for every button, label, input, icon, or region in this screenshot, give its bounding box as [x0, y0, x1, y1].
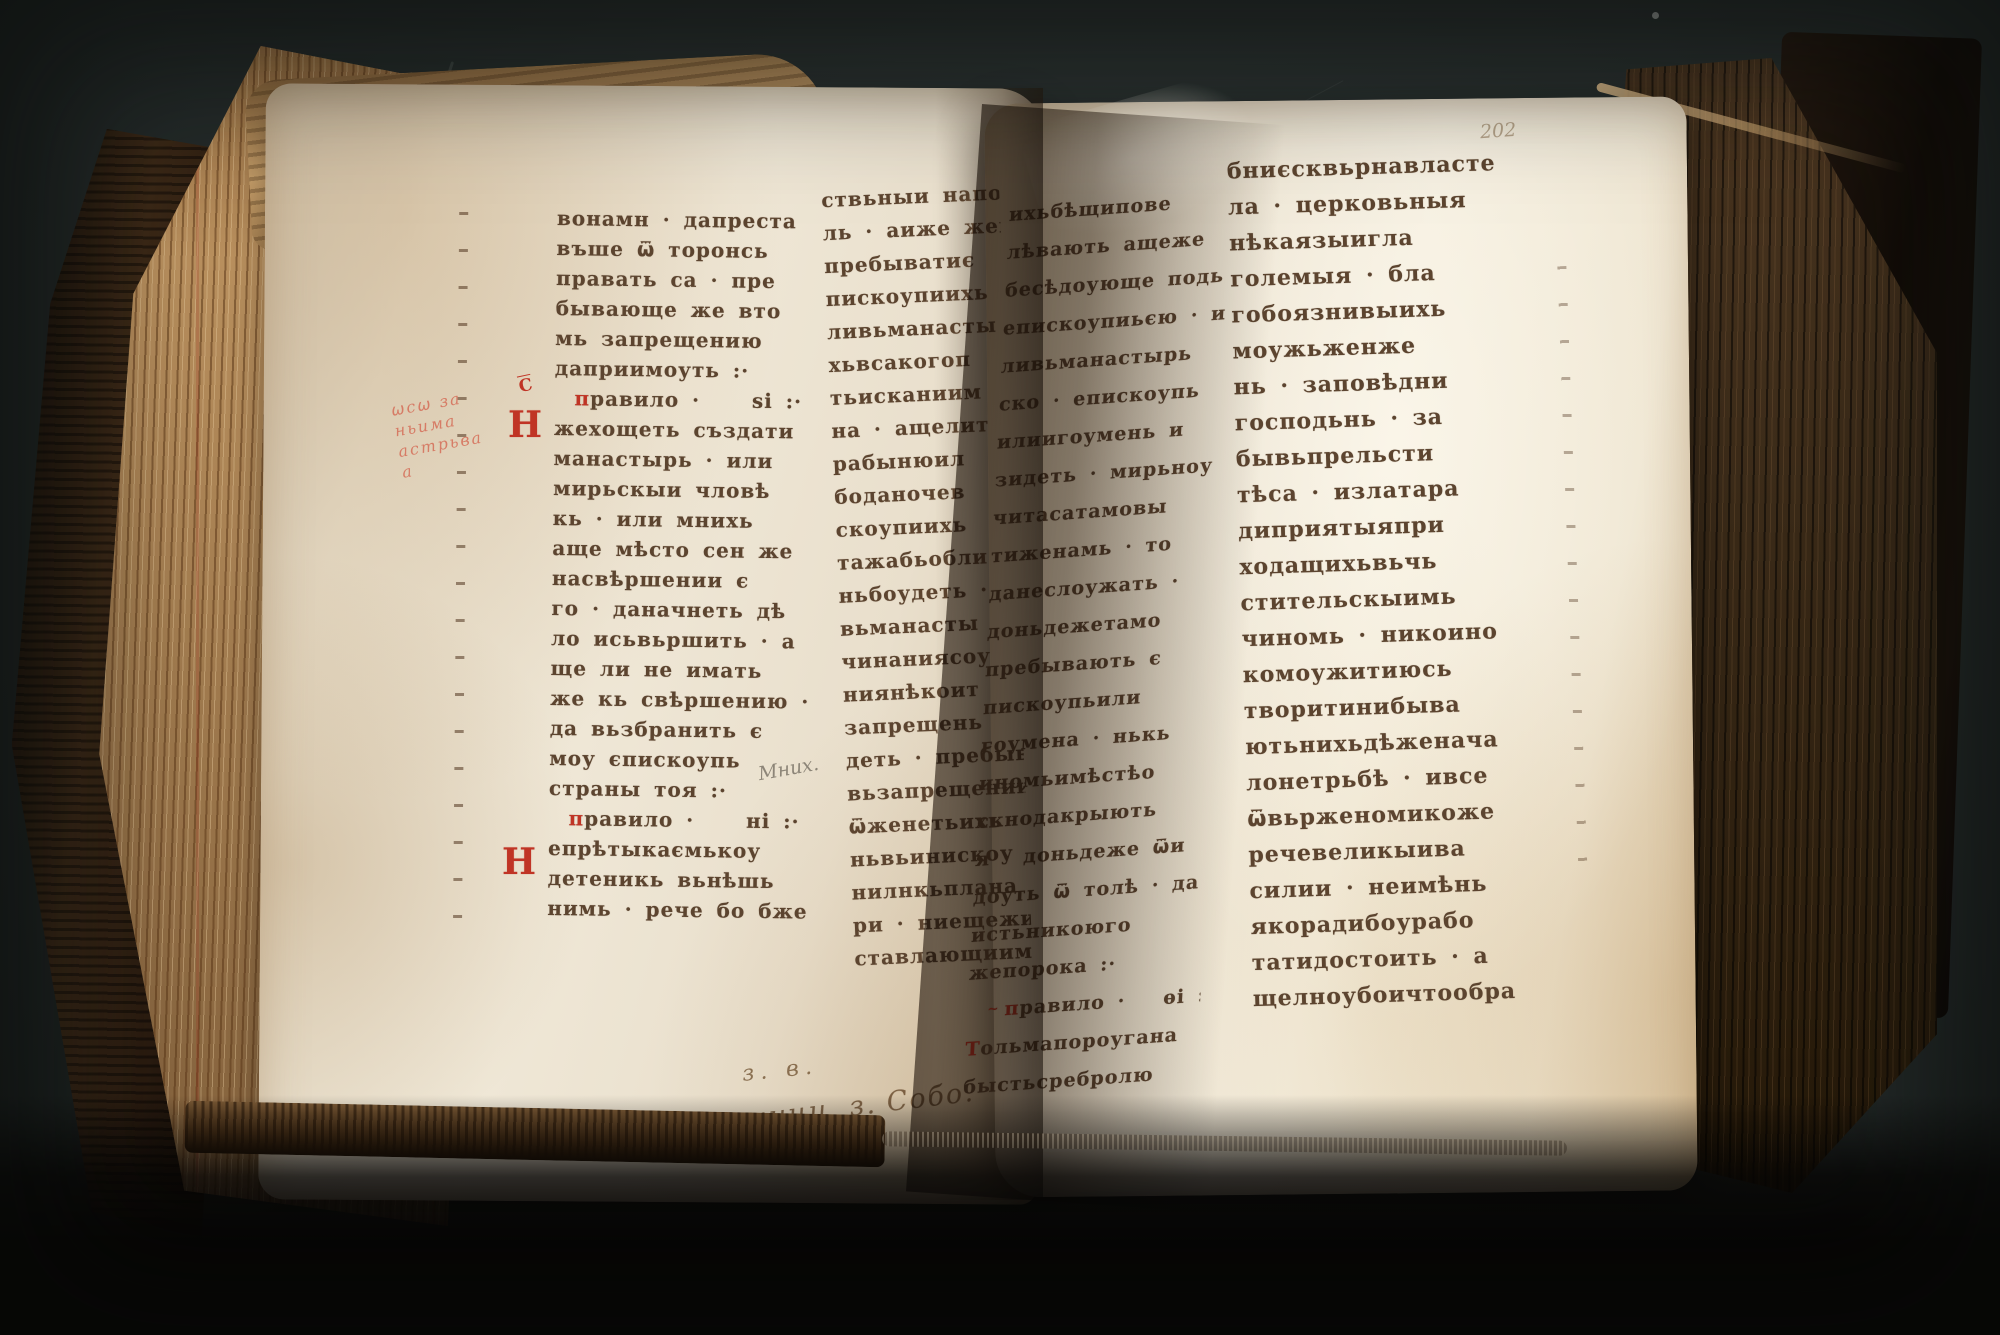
text-line: въше ѿ торонсь [556, 233, 844, 267]
text-line: детеникь вьнѣшь [548, 863, 836, 897]
text-line: ло исьвьршить · а [551, 623, 839, 657]
manuscript-photo: вонамн · дапреставъше ѿ торонсьправать с… [0, 0, 2000, 1335]
text-line: епрѣтыкаємькоу [548, 833, 836, 867]
foreground-shadow [0, 1095, 2000, 1335]
text-line: правило · ѕі :· [574, 383, 842, 417]
text-line: кь · или мнихь [553, 503, 841, 537]
text-line: нимь · рече бо бже [547, 893, 835, 927]
text-line: же кь свѣршению · [550, 683, 838, 717]
background-speck [1652, 12, 1659, 19]
text-line: да вьзбранить є [550, 713, 838, 747]
text-line: мь запрещению [555, 323, 843, 357]
text-line: вонамн · дапреста [557, 203, 845, 237]
text-line: насвѣршении є [552, 563, 840, 597]
text-line: бывающе же вто [555, 293, 843, 327]
text-line: манастырь · или [553, 443, 841, 477]
red-margin-gloss: ѡсѡ заньимаастрьваа [389, 385, 488, 483]
rubricated-initial: Н [502, 845, 536, 879]
text-line: жехощеть създати [554, 413, 842, 447]
text-line: даприимоуть :· [555, 353, 843, 387]
left-page-column-1: вонамн · дапреставъше ѿ торонсьправать с… [547, 203, 845, 943]
text-line: правило · ні :· [568, 803, 836, 837]
red-initial-letter: п [568, 806, 584, 830]
text-line: ще ли не имать [550, 653, 838, 687]
folio-number: 202 [1479, 119, 1517, 143]
text-line: аще мѣсто сен же [552, 533, 840, 567]
text-line: го · даначнеть дѣ [551, 593, 839, 627]
text-line: мирьскыи чловѣ [553, 473, 841, 507]
text-line: правать са · пре [556, 263, 844, 297]
rubricated-initial: Н [508, 408, 542, 442]
red-initial-letter: п [574, 386, 590, 410]
